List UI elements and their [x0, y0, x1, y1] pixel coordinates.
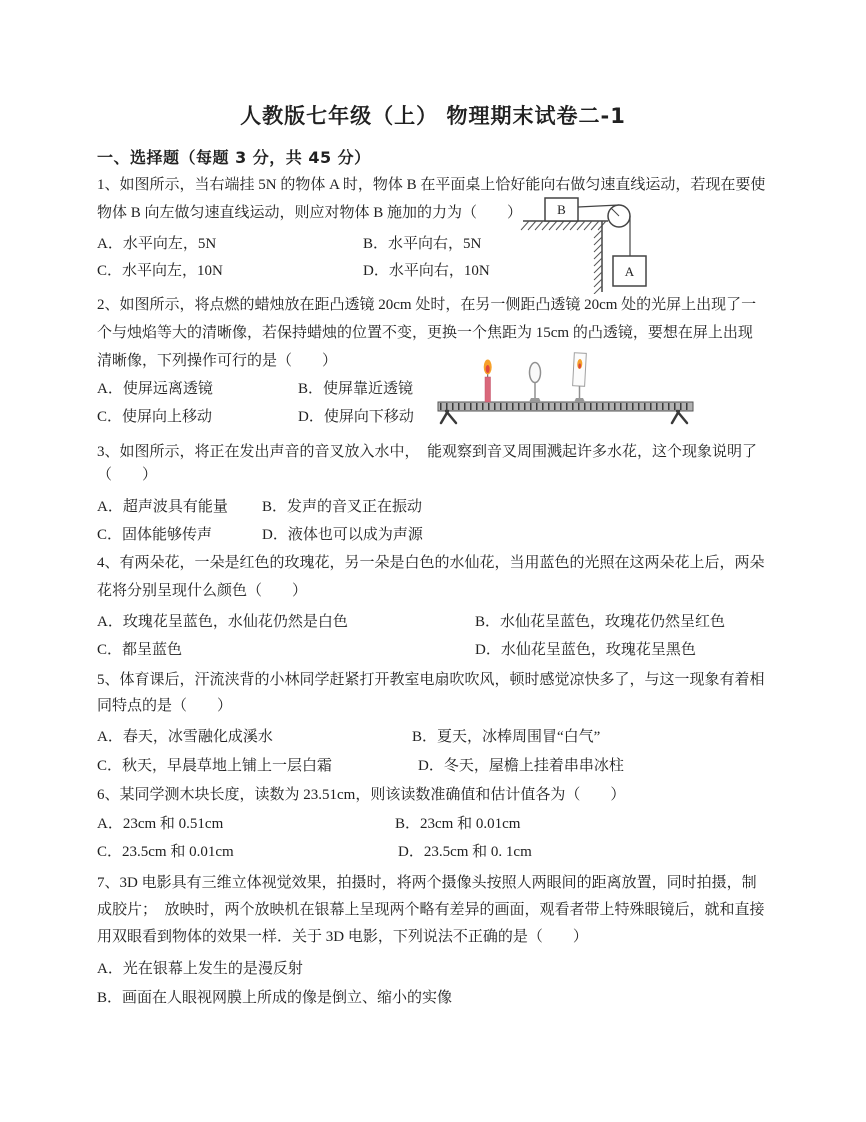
question-1-option-c: C．水平向左，10N: [97, 261, 223, 282]
question-4-option-b: B．水仙花呈蓝色，玫瑰花仍然呈红色: [475, 612, 725, 633]
question-2-option-d: D．使屏向下移动: [298, 407, 414, 428]
question-3-line-2: （ ）: [97, 465, 157, 486]
block-b-label: B: [557, 202, 566, 217]
question-5-line-1: 5、体育课后，汗流浃背的小林同学赶紧打开教室电扇吹吹风，顿时感觉凉快多了，与这一…: [97, 670, 765, 691]
question-2-option-c: C．使屏向上移动: [97, 407, 212, 428]
question-6-line-1: 6、某同学测木块长度，读数为 23.51cm，则该读数准确值和估计值各为（ ）: [97, 785, 625, 806]
table-pulley-figure: B A: [515, 192, 665, 294]
question-2-line-3: 清晰像，下列操作可行的是（ ）: [97, 351, 337, 372]
question-4-line-2: 花将分别呈现什么颜色（ ）: [97, 581, 307, 602]
exam-page: 人教版七年级（上） 物理期末试卷二-1 一、选择题（每题 3 分，共 45 分）…: [0, 0, 866, 1122]
question-6-option-b: B．23cm 和 0.01cm: [395, 814, 520, 835]
question-5-option-c: C．秋天，早晨草地上铺上一层白霜: [97, 756, 332, 777]
question-3-option-c: C．固体能够传声: [97, 525, 212, 546]
question-1-option-b: B．水平向右，5N: [363, 234, 481, 255]
optical-bench-diagram-svg: [432, 349, 697, 425]
section-heading: 一、选择题（每题 3 分，共 45 分）: [97, 145, 371, 168]
question-3-line-1: 3、如图所示，将正在发出声音的音叉放入水中， 能观察到音叉周围溅起许多水花，这个…: [97, 442, 757, 463]
question-7-line-3: 用双眼看到物体的效果一样．关于 3D 电影，下列说法不正确的是（ ）: [97, 927, 588, 948]
question-4-option-a: A．玫瑰花呈蓝色，水仙花仍然是白色: [97, 612, 348, 633]
question-1-line-1: 1、如图所示，当右端挂 5N 的物体 A 时，物体 B 在平面桌上恰好能向右做匀…: [97, 175, 765, 196]
question-7-line-1: 7、3D 电影具有三维立体视觉效果，拍摄时，将两个摄像头按照人两眼间的距离放置，…: [97, 873, 757, 894]
question-5-option-d: D．冬天，屋檐上挂着串串冰柱: [418, 756, 624, 777]
question-6-option-a: A．23cm 和 0.51cm: [97, 814, 223, 835]
question-6-option-d: D．23.5cm 和 0. 1cm: [398, 842, 532, 863]
question-4-option-d: D．水仙花呈蓝色，玫瑰花呈黑色: [475, 640, 696, 661]
question-4-line-1: 4、有两朵花，一朵是红色的玫瑰花，另一朵是白色的水仙花，当用蓝色的光照在这两朵花…: [97, 553, 765, 574]
question-5-option-b: B．夏天，冰棒周围冒“白气”: [412, 727, 600, 748]
question-5-option-a: A．春天，冰雪融化成溪水: [97, 727, 273, 748]
question-3-option-b: B．发声的音叉正在振动: [262, 497, 422, 518]
question-1-option-d: D．水平向右，10N: [363, 261, 490, 282]
question-2-line-1: 2、如图所示，将点燃的蜡烛放在距凸透镜 20cm 处时，在另一侧距凸透镜 20c…: [97, 295, 756, 316]
page-title: 人教版七年级（上） 物理期末试卷二-1: [0, 100, 866, 130]
question-3-option-a: A．超声波具有能量: [97, 497, 228, 518]
question-2-option-b: B．使屏靠近透镜: [298, 379, 413, 400]
optical-bench-figure: [432, 349, 697, 425]
question-5-line-2: 同特点的是（ ）: [97, 696, 232, 717]
question-1-option-a: A．水平向左，5N: [97, 234, 216, 255]
question-1-line-2: 物体 B 向左做匀速直线运动，则应对物体 B 施加的力为（ ）: [97, 203, 522, 224]
question-3-option-d: D．液体也可以成为声源: [262, 525, 423, 546]
question-7-option-b: B．画面在人眼视网膜上所成的像是倒立、缩小的实像: [97, 988, 452, 1009]
table-pulley-diagram-svg: B A: [515, 192, 665, 294]
question-2-option-a: A．使屏远离透镜: [97, 379, 213, 400]
question-6-option-c: C．23.5cm 和 0.01cm: [97, 842, 234, 863]
question-2-line-2: 个与烛焰等大的清晰像，若保持蜡烛的位置不变，更换一个焦距为 15cm 的凸透镜，…: [97, 323, 753, 344]
block-a-label: A: [625, 264, 635, 279]
question-4-option-c: C．都呈蓝色: [97, 640, 182, 661]
question-7-option-a: A．光在银幕上发生的是漫反射: [97, 959, 303, 980]
question-7-line-2: 成胶片； 放映时，两个放映机在银幕上呈现两个略有差异的画面，观看者带上特殊眼镜后…: [97, 900, 765, 921]
